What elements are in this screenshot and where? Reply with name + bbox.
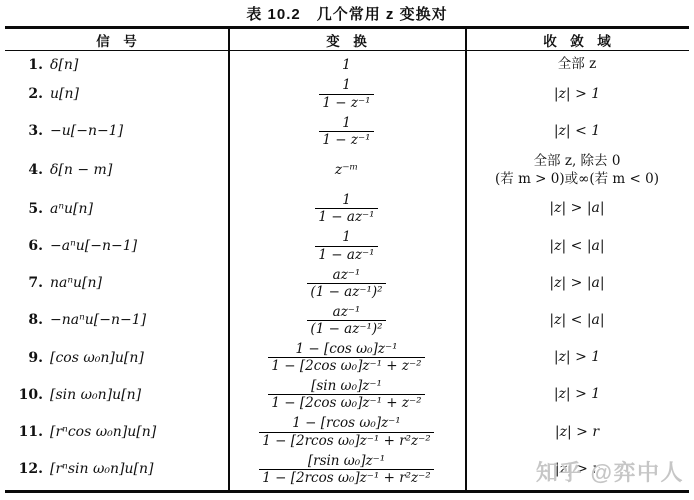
watermark: 知乎 @弈中人: [536, 456, 684, 487]
signal-cell: 5.aⁿu[n]: [5, 201, 228, 217]
row-number: 7.: [17, 275, 43, 291]
signal-cell: 7.naⁿu[n]: [5, 275, 228, 291]
transform-formula: 1: [342, 57, 351, 73]
row-number: 1.: [17, 57, 43, 73]
signal-cell: 12.[rⁿsin ω₀n]u[n]: [5, 461, 228, 477]
roc-cell: |z| > |a|: [465, 199, 689, 218]
fraction-numerator: 1: [339, 115, 354, 131]
signal-formula: u[n]: [50, 86, 79, 102]
transform-cell: [rsin ω₀]z⁻¹1 − [2rcos ω₀]z⁻¹ + r²z⁻²: [228, 453, 465, 486]
transform-fraction: 1 − [cos ω₀]z⁻¹1 − [2cos ω₀]z⁻¹ + z⁻²: [268, 341, 424, 374]
roc-value: |z| > 1: [554, 385, 600, 404]
table-row: 4.δ[n − m]z⁻ᵐ全部 z, 除去 0(若 m > 0)或∞(若 m <…: [5, 152, 689, 188]
signal-formula: [cos ω₀n]u[n]: [50, 350, 144, 366]
table-title: 表 10.2 几个常用 z 变换对: [0, 3, 694, 24]
roc-cell: |z| < |a|: [465, 311, 689, 330]
fraction-numerator: 1: [339, 192, 354, 208]
signal-cell: 4.δ[n − m]: [5, 162, 228, 178]
signal-formula: naⁿu[n]: [50, 275, 102, 291]
fraction-numerator: 1 − [rcos ω₀]z⁻¹: [289, 415, 403, 431]
transform-cell: z⁻ᵐ: [228, 162, 465, 178]
fraction-denominator: 1 − [2rcos ω₀]z⁻¹ + r²z⁻²: [259, 469, 433, 486]
header-signal: 信 号: [5, 30, 228, 50]
roc-cell: |z| > |a|: [465, 274, 689, 293]
transform-fraction: [rsin ω₀]z⁻¹1 − [2rcos ω₀]z⁻¹ + r²z⁻²: [259, 453, 433, 486]
signal-cell: 3.−u[−n−1]: [5, 123, 228, 139]
table-row: 3.−u[−n−1]11 − z⁻¹|z| < 1: [5, 115, 689, 148]
fraction-denominator: 1 − az⁻¹: [315, 208, 377, 225]
row-number: 11.: [17, 424, 43, 440]
table-row: 11.[rⁿcos ω₀n]u[n]1 − [rcos ω₀]z⁻¹1 − [2…: [5, 415, 689, 448]
transform-fraction: 11 − az⁻¹: [315, 229, 377, 262]
fraction-denominator: (1 − az⁻¹)²: [307, 320, 385, 337]
transform-cell: az⁻¹(1 − az⁻¹)²: [228, 267, 465, 300]
page: 表 10.2 几个常用 z 变换对 信 号 变 换 收 敛 域 1.δ[n]1全…: [0, 0, 694, 500]
signal-cell: 8.−naⁿu[−n−1]: [5, 312, 228, 328]
table-row: 7.naⁿu[n]az⁻¹(1 − az⁻¹)²|z| > |a|: [5, 267, 689, 300]
row-number: 8.: [17, 312, 43, 328]
signal-formula: [sin ω₀n]u[n]: [50, 387, 141, 403]
table-row: 9.[cos ω₀n]u[n]1 − [cos ω₀]z⁻¹1 − [2cos …: [5, 341, 689, 374]
signal-formula: [rⁿsin ω₀n]u[n]: [50, 461, 153, 477]
row-number: 4.: [17, 162, 43, 178]
transform-fraction: az⁻¹(1 − az⁻¹)²: [307, 304, 385, 337]
roc-value: |z| > 1: [554, 85, 600, 104]
fraction-denominator: 1 − az⁻¹: [315, 246, 377, 263]
roc-cell: 全部 z: [465, 55, 689, 73]
transform-cell: 11 − z⁻¹: [228, 115, 465, 148]
row-number: 9.: [17, 350, 43, 366]
transform-cell: 11 − az⁻¹: [228, 229, 465, 262]
transform-cell: 1 − [cos ω₀]z⁻¹1 − [2cos ω₀]z⁻¹ + z⁻²: [228, 341, 465, 374]
signal-cell: 11.[rⁿcos ω₀n]u[n]: [5, 424, 228, 440]
signal-cell: 1.δ[n]: [5, 57, 228, 73]
roc-value: |z| < |a|: [549, 237, 604, 256]
roc-cell: 全部 z, 除去 0(若 m > 0)或∞(若 m < 0): [465, 152, 689, 188]
transform-fraction: 1 − [rcos ω₀]z⁻¹1 − [2rcos ω₀]z⁻¹ + r²z⁻…: [259, 415, 433, 448]
transform-cell: 1 − [rcos ω₀]z⁻¹1 − [2rcos ω₀]z⁻¹ + r²z⁻…: [228, 415, 465, 448]
transform-cell: 1: [228, 57, 465, 73]
roc-value-2: (若 m > 0)或∞(若 m < 0): [495, 170, 659, 188]
row-number: 5.: [17, 201, 43, 217]
signal-cell: 10.[sin ω₀n]u[n]: [5, 387, 228, 403]
transform-fraction: az⁻¹(1 − az⁻¹)²: [307, 267, 385, 300]
roc-cell: |z| < 1: [465, 122, 689, 141]
signal-formula: −naⁿu[−n−1]: [50, 312, 146, 328]
roc-value: |z| > |a|: [549, 199, 604, 218]
fraction-denominator: 1 − [2cos ω₀]z⁻¹ + z⁻²: [268, 394, 424, 411]
signal-formula: δ[n]: [50, 57, 78, 73]
table-header: 信 号 变 换 收 敛 域: [5, 29, 689, 51]
fraction-numerator: 1: [339, 77, 354, 93]
transform-fraction: 11 − z⁻¹: [319, 77, 373, 110]
transform-fraction: [sin ω₀]z⁻¹1 − [2cos ω₀]z⁻¹ + z⁻²: [268, 378, 424, 411]
table-row: 2.u[n]11 − z⁻¹|z| > 1: [5, 77, 689, 110]
roc-value: 全部 z, 除去 0: [534, 152, 621, 170]
fraction-numerator: [rsin ω₀]z⁻¹: [305, 453, 388, 469]
row-number: 6.: [17, 238, 43, 254]
roc-cell: |z| < |a|: [465, 237, 689, 256]
roc-value: |z| > 1: [554, 348, 600, 367]
roc-value: |z| < 1: [554, 122, 600, 141]
row-number: 2.: [17, 86, 43, 102]
fraction-denominator: 1 − z⁻¹: [319, 131, 373, 148]
table-row: 8.−naⁿu[−n−1]az⁻¹(1 − az⁻¹)²|z| < |a|: [5, 304, 689, 337]
roc-cell: |z| > 1: [465, 85, 689, 104]
header-roc: 收 敛 域: [465, 30, 689, 50]
roc-cell: |z| > r: [465, 423, 689, 442]
transform-fraction: 11 − az⁻¹: [315, 192, 377, 225]
fraction-numerator: [sin ω₀]z⁻¹: [308, 378, 385, 394]
fraction-numerator: 1: [339, 229, 354, 245]
roc-value: |z| < |a|: [549, 311, 604, 330]
table-row: 1.δ[n]1全部 z: [5, 55, 689, 73]
transform-fraction: 11 − z⁻¹: [319, 115, 373, 148]
table-body: 1.δ[n]1全部 z2.u[n]11 − z⁻¹|z| > 13.−u[−n−…: [5, 52, 689, 491]
signal-formula: δ[n − m]: [50, 162, 112, 178]
roc-value: |z| > |a|: [549, 274, 604, 293]
ztransform-table: 信 号 变 换 收 敛 域 1.δ[n]1全部 z2.u[n]11 − z⁻¹|…: [5, 26, 689, 493]
transform-cell: az⁻¹(1 − az⁻¹)²: [228, 304, 465, 337]
signal-cell: 2.u[n]: [5, 86, 228, 102]
signal-formula: −u[−n−1]: [50, 123, 123, 139]
fraction-numerator: az⁻¹: [330, 267, 364, 283]
transform-cell: 11 − az⁻¹: [228, 192, 465, 225]
roc-cell: |z| > 1: [465, 348, 689, 367]
row-number: 10.: [17, 387, 43, 403]
row-number: 12.: [17, 461, 43, 477]
row-number: 3.: [17, 123, 43, 139]
roc-cell: |z| > 1: [465, 385, 689, 404]
transform-cell: 11 − z⁻¹: [228, 77, 465, 110]
column-divider-1: [228, 29, 230, 490]
signal-cell: 9.[cos ω₀n]u[n]: [5, 350, 228, 366]
transform-formula: z⁻ᵐ: [335, 162, 358, 178]
table-row: 5.aⁿu[n]11 − az⁻¹|z| > |a|: [5, 192, 689, 225]
fraction-denominator: 1 − [2cos ω₀]z⁻¹ + z⁻²: [268, 357, 424, 374]
column-divider-2: [465, 29, 467, 490]
signal-formula: −aⁿu[−n−1]: [50, 238, 137, 254]
signal-formula: aⁿu[n]: [50, 201, 93, 217]
fraction-denominator: (1 − az⁻¹)²: [307, 283, 385, 300]
fraction-denominator: 1 − [2rcos ω₀]z⁻¹ + r²z⁻²: [259, 432, 433, 449]
table-row: 6.−aⁿu[−n−1]11 − az⁻¹|z| < |a|: [5, 229, 689, 262]
transform-cell: [sin ω₀]z⁻¹1 − [2cos ω₀]z⁻¹ + z⁻²: [228, 378, 465, 411]
fraction-denominator: 1 − z⁻¹: [319, 94, 373, 111]
header-transform: 变 换: [228, 30, 465, 50]
signal-formula: [rⁿcos ω₀n]u[n]: [50, 424, 156, 440]
signal-cell: 6.−aⁿu[−n−1]: [5, 238, 228, 254]
fraction-numerator: az⁻¹: [330, 304, 364, 320]
roc-value: |z| > r: [555, 423, 599, 442]
fraction-numerator: 1 − [cos ω₀]z⁻¹: [292, 341, 400, 357]
roc-value: 全部 z: [558, 55, 596, 73]
table-row: 10.[sin ω₀n]u[n][sin ω₀]z⁻¹1 − [2cos ω₀]…: [5, 378, 689, 411]
